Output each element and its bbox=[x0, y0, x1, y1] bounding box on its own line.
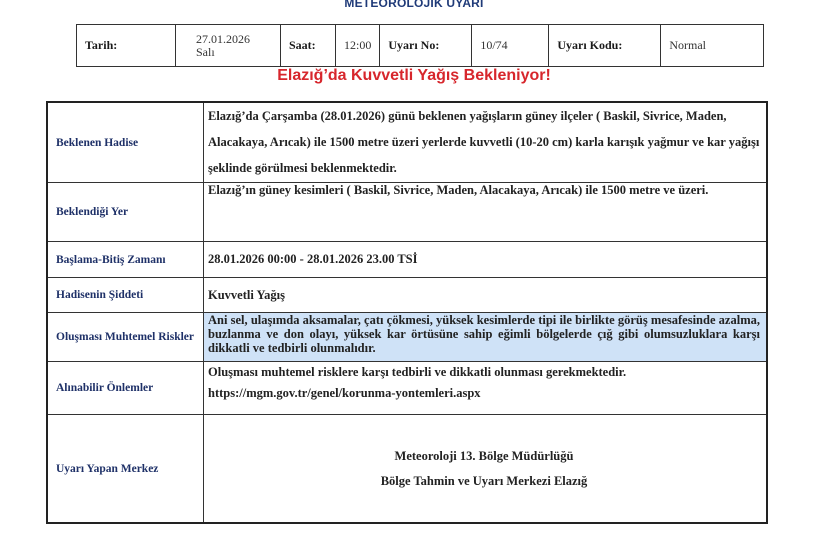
start-end-time-content: 28.01.2026 00:00 - 28.01.2026 23.00 TSİ bbox=[204, 242, 768, 278]
warning-code-value: Normal bbox=[661, 25, 764, 67]
date-value: 27.01.2026 Salı bbox=[176, 25, 281, 67]
expected-location-content: Elazığ’ın güney kesimleri ( Baskil, Sivr… bbox=[204, 183, 768, 242]
severity-label: Hadisenin Şiddeti bbox=[47, 278, 204, 313]
issuing-center-content: Meteoroloji 13. Bölge Müdürlüğü Bölge Ta… bbox=[204, 415, 768, 524]
row-start-end-time: Başlama-Bitiş Zamanı 28.01.2026 00:00 - … bbox=[47, 242, 767, 278]
day-text: Salı bbox=[196, 46, 272, 59]
expected-event-label: Beklenen Hadise bbox=[47, 102, 204, 183]
date-label: Tarih: bbox=[77, 25, 176, 67]
row-precautions: Alınabilir Önlemler Oluşması muhtemel ri… bbox=[47, 362, 767, 415]
start-end-time-label: Başlama-Bitiş Zamanı bbox=[47, 242, 204, 278]
date-text: 27.01.2026 bbox=[196, 33, 272, 46]
row-severity: Hadisenin Şiddeti Kuvvetli Yağış bbox=[47, 278, 767, 313]
possible-risks-label: Oluşması Muhtemel Riskler bbox=[47, 313, 204, 362]
warning-no-value: 10/74 bbox=[472, 25, 549, 67]
expected-location-label: Beklendiği Yer bbox=[47, 183, 204, 242]
time-value: 12:00 bbox=[336, 25, 380, 67]
issuing-center-line1: Meteoroloji 13. Bölge Müdürlüğü bbox=[208, 444, 760, 469]
precautions-link[interactable]: https://mgm.gov.tr/genel/korunma-yonteml… bbox=[208, 386, 481, 400]
warning-code-label: Uyarı Kodu: bbox=[549, 25, 661, 67]
document-title: METEOROLOJİK UYARI bbox=[0, 0, 828, 10]
row-possible-risks: Oluşması Muhtemel Riskler Ani sel, ulaşı… bbox=[47, 313, 767, 362]
possible-risks-content[interactable]: Ani sel, ulaşımda aksamalar, çatı çökmes… bbox=[204, 313, 768, 362]
precautions-text: Oluşması muhtemel risklere karşı tedbirl… bbox=[208, 362, 760, 383]
expected-event-content: Elazığ’da Çarşamba (28.01.2026) günü bek… bbox=[204, 102, 768, 183]
row-expected-location: Beklendiği Yer Elazığ’ın güney kesimleri… bbox=[47, 183, 767, 242]
time-label: Saat: bbox=[281, 25, 336, 67]
warning-no-label: Uyarı No: bbox=[380, 25, 472, 67]
severity-content: Kuvvetli Yağış bbox=[204, 278, 768, 313]
row-expected-event: Beklenen Hadise Elazığ’da Çarşamba (28.0… bbox=[47, 102, 767, 183]
precautions-label: Alınabilir Önlemler bbox=[47, 362, 204, 415]
row-issuing-center: Uyarı Yapan Merkez Meteoroloji 13. Bölge… bbox=[47, 415, 767, 524]
warning-details-table: Beklenen Hadise Elazığ’da Çarşamba (28.0… bbox=[46, 101, 768, 524]
alert-headline: Elazığ’da Kuvvetli Yağış Bekleniyor! bbox=[0, 67, 828, 85]
precautions-content: Oluşması muhtemel risklere karşı tedbirl… bbox=[204, 362, 768, 415]
warning-header-table: Tarih: 27.01.2026 Salı Saat: 12:00 Uyarı… bbox=[76, 24, 764, 67]
issuing-center-label: Uyarı Yapan Merkez bbox=[47, 415, 204, 524]
issuing-center-line2: Bölge Tahmin ve Uyarı Merkezi Elazığ bbox=[208, 469, 760, 494]
